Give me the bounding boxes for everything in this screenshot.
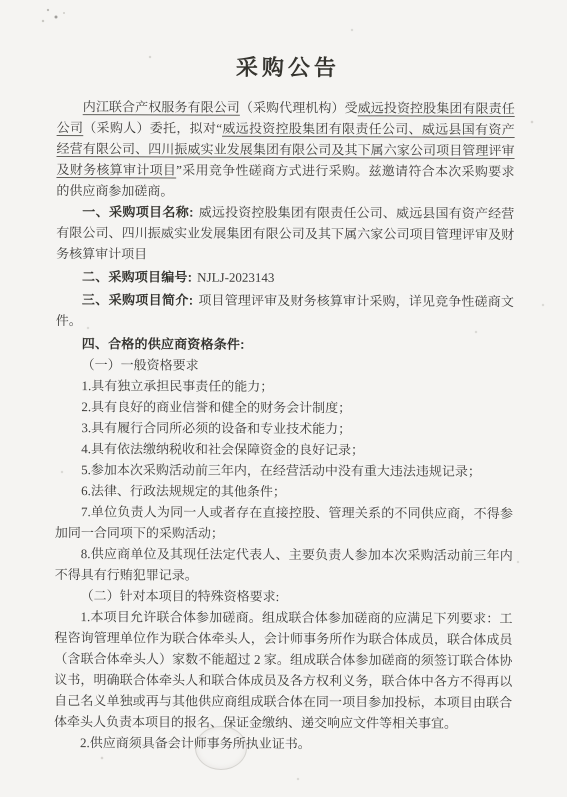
requirement-item: 3.具有履行合同所必须的设备和专业技术能力； — [55, 417, 513, 440]
section-project-number: 二、采购项目编号:NJLJ-2023143 — [56, 266, 514, 289]
special-requirements-heading: （二）针对本项目的特殊资格要求: — [55, 585, 513, 608]
section-qualification-heading: 四、合格的供应商资格条件: — [56, 333, 514, 356]
scanned-document-page: 采购公告 内江联合产权服务有限公司（采购代理机构）受威远投资控股集团有限责任公司… — [0, 0, 567, 797]
section-project-number-label: 二、采购项目编号: — [82, 269, 192, 284]
section-project-number-value: NJLJ-2023143 — [197, 270, 274, 285]
section-project-name-label: 一、采购项目名称: — [82, 204, 193, 219]
requirement-item: 1.具有独立承担民事责任的能力； — [55, 375, 513, 398]
requirement-item: 5.参加本次采购活动前三年内，在经营活动中没有重大违法违规记录； — [55, 459, 513, 482]
general-requirements-heading: （一）一般资格要求 — [56, 354, 514, 377]
section-project-brief-label: 三、采购项目简介: — [82, 292, 193, 307]
document-content: 采购公告 内江联合产权服务有限公司（采购代理机构）受威远投资控股集团有限责任公司… — [54, 52, 515, 755]
faint-seal-artifact — [195, 726, 247, 770]
requirement-item: 1.本项目允许联合体参加磋商。组成联合体参加磋商的应满足下列要求：工程咨询管理单… — [54, 606, 513, 734]
section-project-brief: 三、采购项目简介:项目管理评审及财务核算审计采购，详见竞争性磋商文件。 — [56, 289, 514, 333]
intro-paragraph: 内江联合产权服务有限公司（采购代理机构）受威远投资控股集团有限责任公司（采购人）… — [56, 96, 514, 203]
requirement-item: 8.供应商单位及其现任法定代表人、主要负责人参加本次采购活动前三年内不得具有行贿… — [55, 543, 513, 587]
section-project-name: 一、采购项目名称:威远投资控股集团有限责任公司、威远县国有资产经营有限公司、四川… — [56, 201, 514, 266]
agency-name: 内江联合产权服务有限公司 — [83, 99, 240, 115]
requirement-item: 2.具有良好的商业信誉和健全的财务会计制度； — [55, 396, 513, 419]
requirement-item: 7.单位负责人为同一人或者存在直接控股、管理关系的不同供应商，不得参加同一合同项… — [55, 501, 513, 545]
requirement-item: 2.供应商须具备会计师事务所执业证书。 — [54, 732, 512, 755]
page-title: 采购公告 — [57, 52, 515, 84]
agency-role-text: （采购代理机构）受 — [240, 100, 358, 116]
requirement-item: 4.具有依法缴纳税收和社会保障资金的良好记录； — [55, 438, 513, 461]
purchaser-role-text: （采购人）委托，拟对“ — [83, 120, 222, 136]
section-qualification-label: 四、合格的供应商资格条件: — [82, 336, 245, 352]
requirement-item: 6.法律、行政法规规定的其他条件； — [55, 480, 513, 503]
